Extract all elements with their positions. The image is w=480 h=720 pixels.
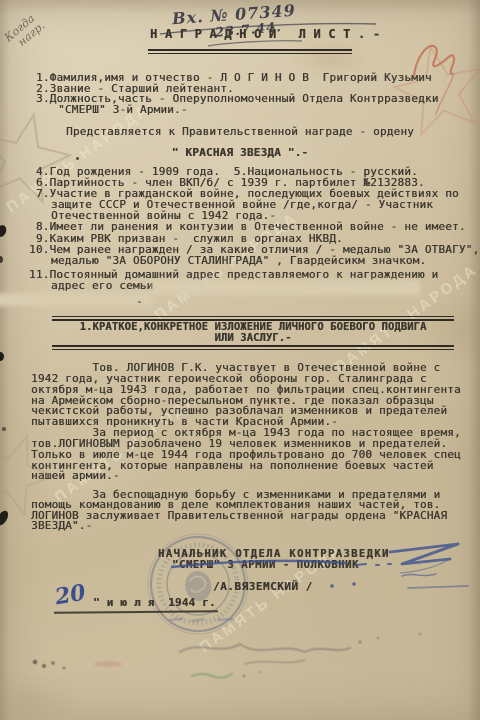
section-title: 1.КРАТКОЕ,КОНКРЕТНОЕ ИЗЛОЖЕНИЕ ЛИЧНОГО Б…	[52, 322, 454, 333]
award-sheet-scan: ПАМЯТЬ НАРОДА ПАМЯТЬ НАРОДА ПАМЯТЬ НАРОД…	[0, 0, 480, 720]
ink-blot	[0, 352, 4, 361]
item-prior-awards-cont: медалью "ЗА ОБОРОНУ СТАЛИНГРАДА" , Гвард…	[29, 255, 479, 266]
title-rule	[148, 49, 352, 51]
items-1-3: 1.Фамилия,имя и отчество - Л О Г И Н О В…	[36, 73, 439, 116]
address-dash: -	[136, 296, 143, 307]
date-typed: " и ю л я 1944 г.	[93, 597, 216, 608]
bleed-through-smudges	[20, 612, 460, 702]
ink-speck	[76, 157, 79, 160]
item-drafted-by: 9.Каким РВК призван - служил в органах Н…	[29, 233, 479, 244]
section-title-cont: ИЛИ ЗАСЛУГ.-	[52, 333, 454, 343]
ink-speck	[2, 427, 6, 431]
date-day-handwritten: 20	[53, 580, 88, 611]
section-rule	[52, 345, 454, 348]
section-rule	[52, 316, 454, 317]
items-4-11: 4.Год рождения - 1909 года. 5.Национальн…	[29, 166, 479, 292]
corner-pencil-note: Когда нагр.	[3, 10, 48, 53]
document-title: Н А Г Р А Д Н О Й Л И С Т . -	[150, 29, 380, 40]
presented-line: Представляется к Правительственной награ…	[0, 126, 480, 137]
title-rule	[148, 53, 352, 54]
ink-blot	[0, 224, 8, 238]
item-position-cont: "СМЕРШ" 3-й Армии.-	[36, 105, 439, 116]
merit-line: нашей армии.-	[31, 471, 461, 482]
ink-blot	[0, 256, 3, 263]
section-rule	[52, 349, 454, 350]
merit-paragraphs: Тов. ЛОГИНОВ Г.К. участвует в Отечествен…	[31, 363, 461, 482]
redacted-address	[152, 280, 420, 295]
redacted-address	[0, 293, 152, 306]
red-pencil-mark-icon	[396, 28, 480, 124]
section-header-box: 1.КРАТКОЕ,КОНКРЕТНОЕ ИЗЛОЖЕНИЕ ЛИЧНОГО Б…	[52, 316, 454, 350]
conclusion-line: ЛОГИНОВ заслуживает Правительственной на…	[31, 511, 447, 521]
award-name: " КРАСНАЯ ЗВЕЗДА ".-	[0, 147, 480, 158]
item-wounds: 8.Имеет ли ранения и контузии в Отечеств…	[29, 221, 479, 232]
